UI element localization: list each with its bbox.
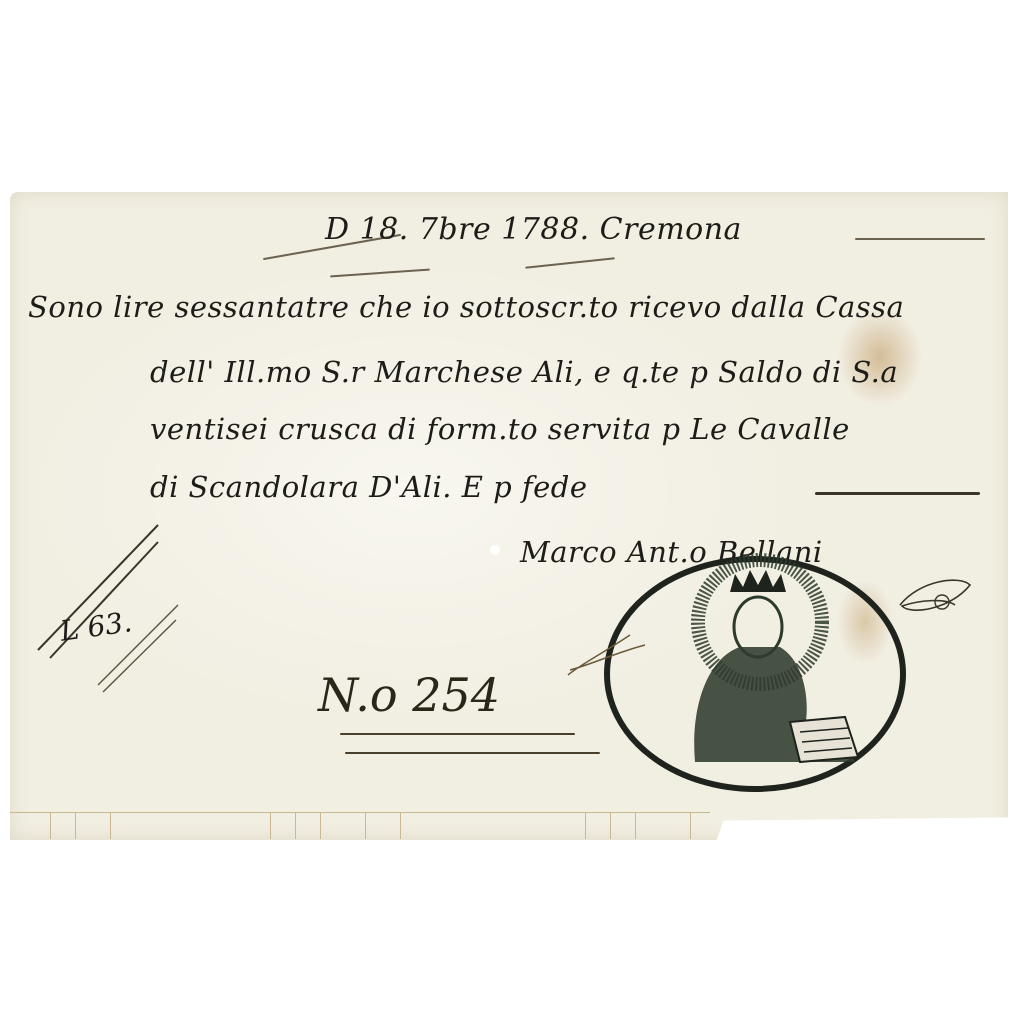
body-line-1: Sono lire sessantatre che io sottoscr.to… xyxy=(28,290,904,324)
body-line-3: ventisei crusca di form.to servita p Le … xyxy=(150,412,850,446)
number-underline-1 xyxy=(340,733,575,735)
stamp-annotation-icon xyxy=(560,625,660,685)
number-underline-2 xyxy=(345,752,600,754)
closing-rule xyxy=(815,492,980,495)
ledger-fragment xyxy=(10,812,710,841)
body-line-4: di Scandolara D'Ali. E p fede xyxy=(150,470,588,504)
document-number: N.o 254 xyxy=(318,668,500,722)
date-flourish-right xyxy=(855,238,985,240)
body-line-2: dell' Ill.mo S.r Marchese Ali, e q.te p … xyxy=(150,355,898,389)
date-line: D 18. 7bre 1788. Cremona xyxy=(325,212,742,247)
paper-hole xyxy=(490,545,500,555)
